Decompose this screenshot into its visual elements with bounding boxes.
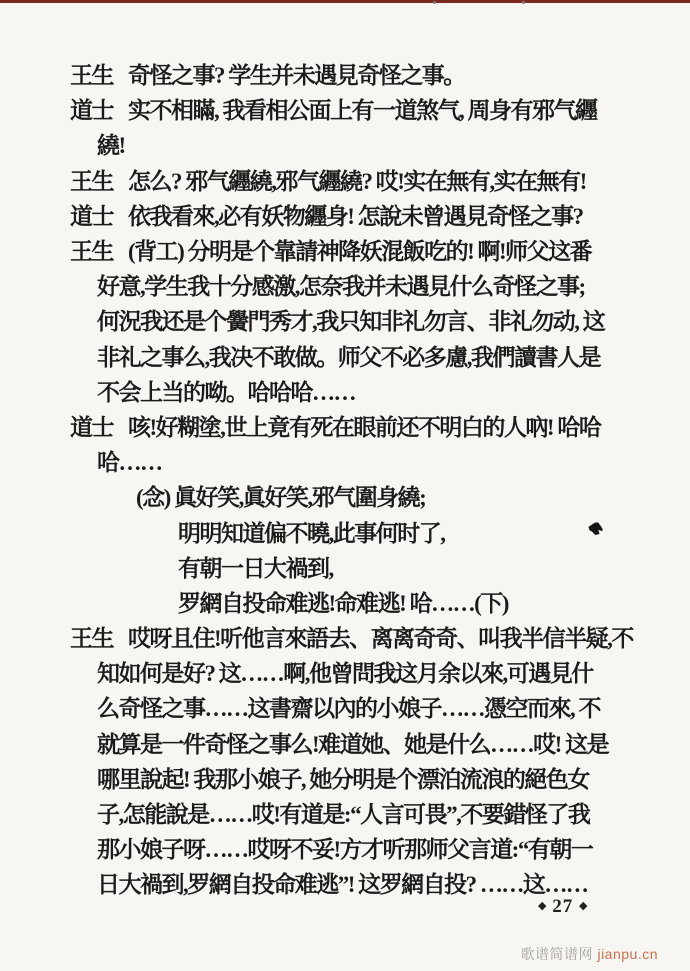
- page-number-value: 27: [552, 896, 573, 917]
- line-text: 罗網自投命难逃!命难逃! 哈……(下): [178, 585, 508, 618]
- script-line: 不会上当的呦。哈哈哈……: [0, 373, 690, 408]
- script-line: 知如何是好? 这……啊,他曾問我这月余以來,可遇見什: [0, 654, 690, 689]
- script-line: 有朝一日大禍到,: [0, 549, 690, 584]
- watermark-site-name: 歌谱简谱网: [521, 946, 594, 962]
- line-text: 子,怎能說是……哎!有道是:“人言可畏”,不要錯怪了我: [97, 796, 589, 829]
- script-line: 何況我还是个黌門秀才,我只知非礼勿言、非礼勿动, 这: [0, 302, 690, 337]
- line-text: 哪里說起! 我那小娘子, 她分明是个漂泊流浪的絕色女: [97, 761, 589, 794]
- speaker-label: 王生: [70, 163, 128, 196]
- line-text: 依我看來,必有妖物纒身! 怎說未曾遇見奇怪之事?: [128, 198, 583, 231]
- script-text-block: 王生 奇怪之事? 学生并未遇見奇怪之事。 道士 实不相瞞, 我看相公面上有一道煞…: [0, 56, 690, 901]
- script-line: 子,怎能說是……哎!有道是:“人言可畏”,不要錯怪了我: [0, 795, 690, 830]
- script-line: 就算是一件奇怪之事么!难道她、她是什么……哎! 这是: [0, 725, 690, 760]
- line-text: 么奇怪之事……这書齋以內的小娘子……憑空而來, 不: [97, 690, 600, 723]
- speaker-label: 道士: [70, 92, 128, 125]
- script-line: 那小娘子呀……哎呀不妥!方才听那师父言道:“有朝一: [0, 830, 690, 865]
- scan-speck: [433, 1, 436, 4]
- script-line: 哪里說起! 我那小娘子, 她分明是个漂泊流浪的絕色女: [0, 760, 690, 795]
- watermark-site-url: jianpu.cn: [597, 946, 658, 962]
- script-line: 罗網自投命难逃!命难逃! 哈……(下): [0, 584, 690, 619]
- script-line: 好意,学生我十分感激,怎奈我并未遇見什么奇怪之事;: [0, 267, 690, 302]
- line-text: 就算是一件奇怪之事么!难道她、她是什么……哎! 这是: [97, 726, 608, 759]
- page-number-ornament-left: ◆: [538, 900, 546, 912]
- script-line: 道士 实不相瞞, 我看相公面上有一道煞气, 周身有邪气纒: [0, 91, 690, 126]
- line-text: 哈……: [97, 444, 162, 477]
- speaker-label: 王生: [70, 620, 128, 653]
- page-number: ◆ 27 ◆: [538, 896, 587, 918]
- script-line: 非礼之事么,我决不敢做。师父不必多慮,我們讀書人是: [0, 338, 690, 373]
- script-line: 道士 咳!好糊塗,世上竟有死在眼前还不明白的人吶! 哈哈: [0, 408, 690, 443]
- speaker-label: 王生: [70, 57, 128, 90]
- script-line: 王生 哎呀且住!听他言來語去、离离奇奇、叫我半信半疑,不: [0, 619, 690, 654]
- line-text: 不会上当的呦。哈哈哈……: [97, 374, 355, 407]
- scan-speck: [522, 1, 525, 4]
- watermark: 歌谱简谱网 jianpu.cn: [521, 944, 658, 964]
- line-text: (念) 眞好笑,眞好笑,邪气圍身繞;: [136, 479, 425, 512]
- script-line: (念) 眞好笑,眞好笑,邪气圍身繞;: [0, 478, 690, 513]
- line-text: 有朝一日大禍到,: [178, 550, 333, 583]
- script-line: 王生 (背工) 分明是个靠請神降妖混飯吃的! 啊!师父这番: [0, 232, 690, 267]
- line-text: 繞!: [97, 127, 125, 160]
- line-text: 非礼之事么,我决不敢做。师父不必多慮,我們讀書人是: [97, 339, 600, 372]
- line-text: 哎呀且住!听他言來語去、离离奇奇、叫我半信半疑,不: [128, 620, 633, 653]
- page-number-ornament-right: ◆: [579, 900, 587, 912]
- line-text: 知如何是好? 这……啊,他曾問我这月余以來,可遇見什: [97, 655, 593, 688]
- script-line: 明明知道偏不曉,此事何时了,: [0, 513, 690, 548]
- speaker-label: 王生: [70, 233, 128, 266]
- line-text: 日大禍到,罗網自投命难逃”! 这罗網自投? ……这……: [97, 866, 587, 899]
- line-text: 明明知道偏不曉,此事何时了,: [178, 515, 445, 548]
- line-text: (背工) 分明是个靠請神降妖混飯吃的! 啊!师父这番: [128, 233, 591, 266]
- line-text: 怎么? 邪气纒繞,邪气纒繞? 哎!实在無有,实在無有!: [128, 163, 586, 196]
- line-text: 好意,学生我十分感激,怎奈我并未遇見什么奇怪之事;: [97, 268, 585, 301]
- script-line: 王生 奇怪之事? 学生并未遇見奇怪之事。: [0, 56, 690, 91]
- line-text: 何況我还是个黌門秀才,我只知非礼勿言、非礼勿动, 这: [97, 303, 604, 336]
- line-text: 咳!好糊塗,世上竟有死在眼前还不明白的人吶! 哈哈: [128, 409, 600, 442]
- script-line: 王生 怎么? 邪气纒繞,邪气纒繞? 哎!实在無有,实在無有!: [0, 162, 690, 197]
- speaker-label: 道士: [70, 409, 128, 442]
- line-text: 实不相瞞, 我看相公面上有一道煞气, 周身有邪气纒: [128, 92, 597, 125]
- speaker-label: 道士: [70, 198, 128, 231]
- script-line: 么奇怪之事……这書齋以內的小娘子……憑空而來, 不: [0, 689, 690, 724]
- script-line: 繞!: [0, 126, 690, 161]
- line-text: 奇怪之事? 学生并未遇見奇怪之事。: [128, 57, 465, 90]
- script-line: 哈……: [0, 443, 690, 478]
- line-text: 那小娘子呀……哎呀不妥!方才听那师父言道:“有朝一: [97, 831, 592, 864]
- script-line: 道士 依我看來,必有妖物纒身! 怎說未曾遇見奇怪之事?: [0, 197, 690, 232]
- page-top-rule: [0, 0, 690, 3]
- document-page: 王生 奇怪之事? 学生并未遇見奇怪之事。 道士 实不相瞞, 我看相公面上有一道煞…: [0, 0, 690, 971]
